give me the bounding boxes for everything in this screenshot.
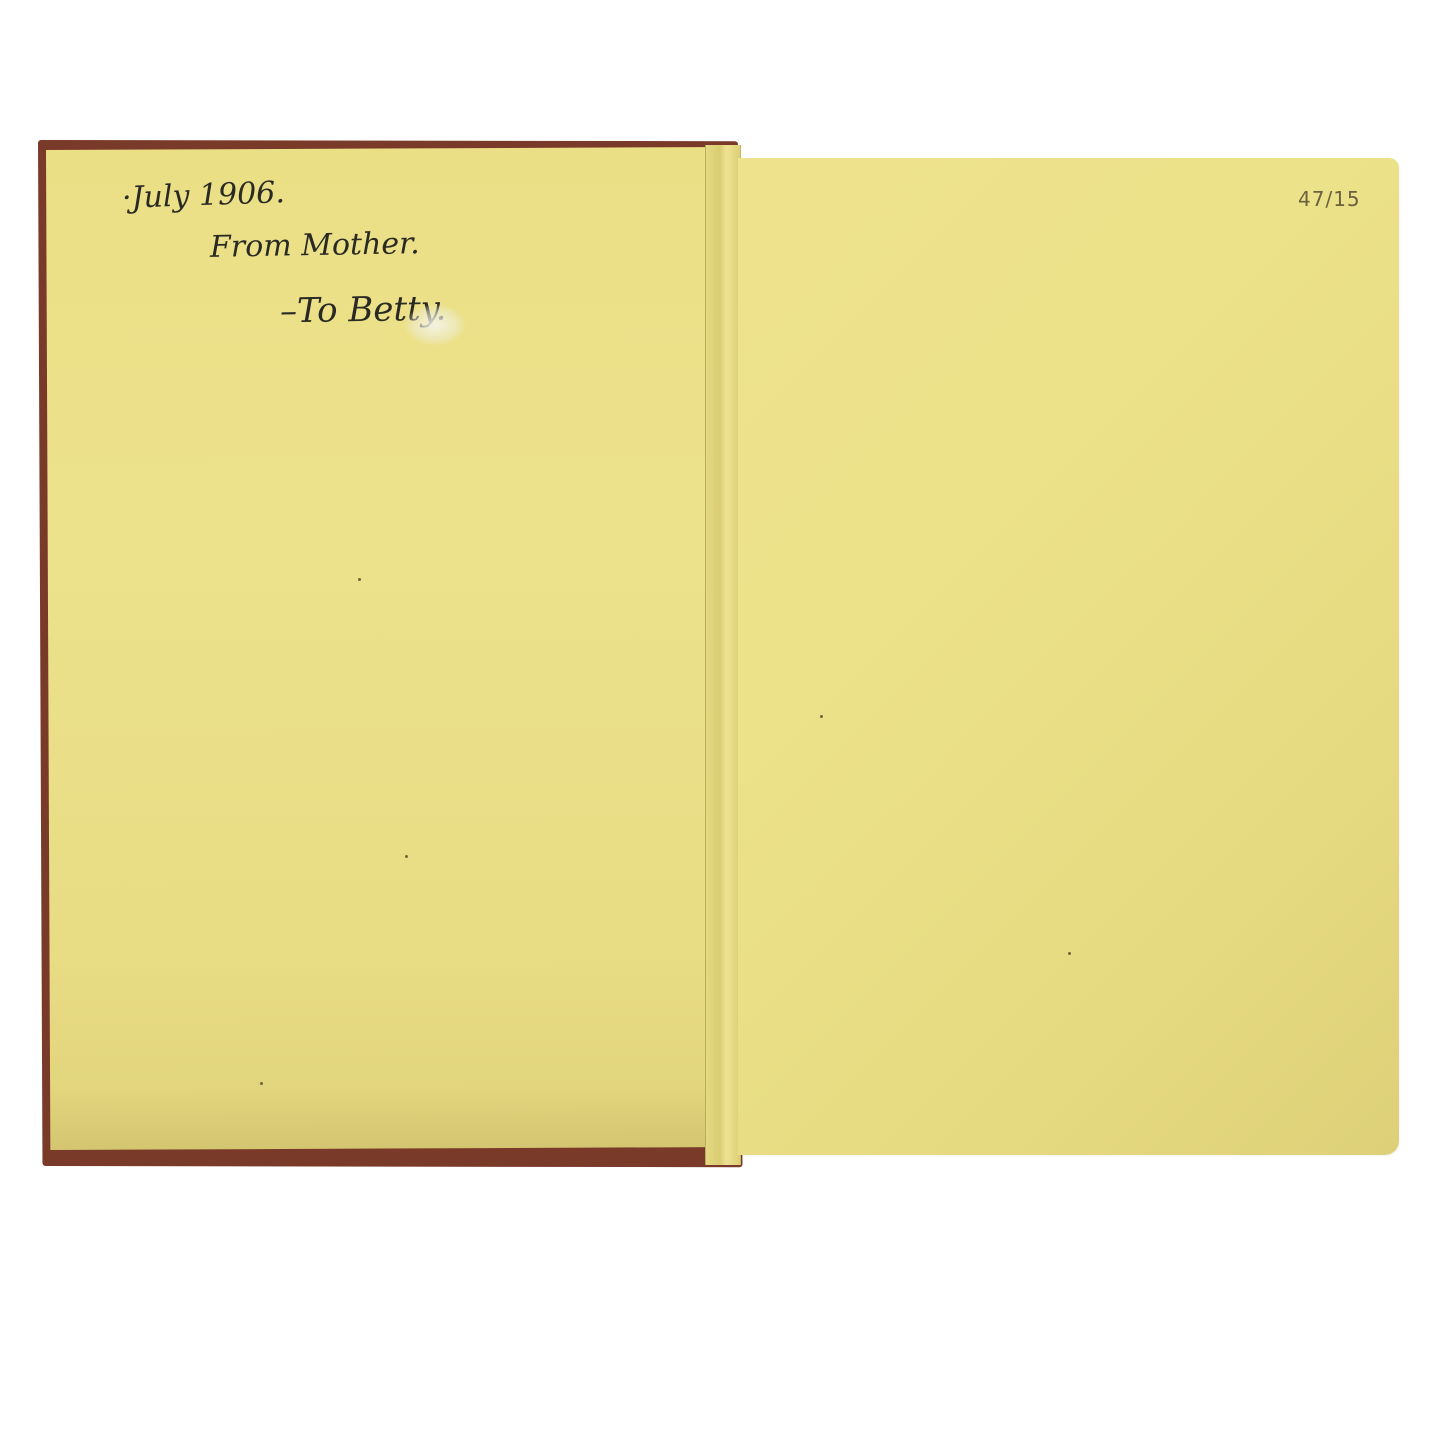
inscription-from: From Mother.	[210, 226, 420, 265]
ink-smudge	[405, 305, 465, 345]
inscription-date: ·July 1906.	[121, 175, 285, 216]
spine-gutter	[705, 145, 741, 1165]
open-book-photo: ·July 1906. From Mother. –To Betty. 47/1…	[0, 0, 1445, 1445]
paper-speck	[405, 855, 408, 858]
paper-speck	[1068, 952, 1071, 955]
pencil-note: 47/15	[1298, 187, 1361, 211]
paper-speck	[358, 578, 361, 581]
right-endpaper	[738, 158, 1399, 1155]
paper-speck	[820, 715, 823, 718]
paper-speck	[260, 1082, 263, 1085]
